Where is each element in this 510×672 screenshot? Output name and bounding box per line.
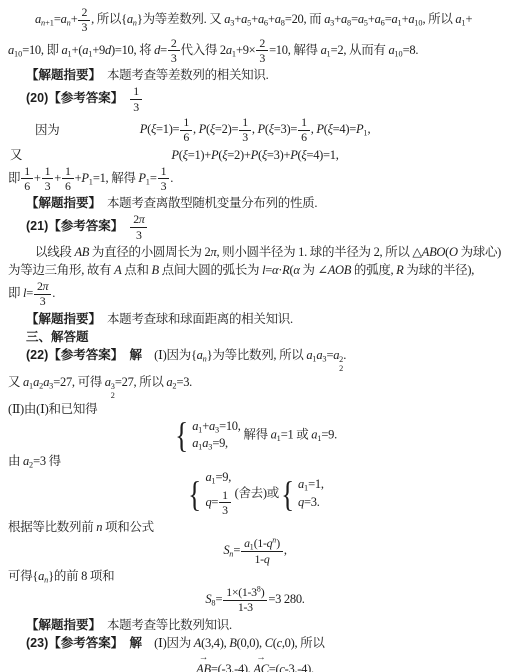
q21-solution-line-2: 为等边三角形, 故有 A 点和 B 点间大圆的弧长为 l=α·R(α 为 ∠AO… xyxy=(8,261,502,279)
q22-part2-intro: (Ⅱ)由(Ⅰ)和已知得 xyxy=(8,400,502,418)
q22-system-2: {a1=9,q=13 (舍去)或{a1=1,q=3. xyxy=(8,470,502,518)
q23-part1-intro: (23)【参考答案】 解 (Ⅰ)因为 A(3,4), B(0,0), C(c,0… xyxy=(8,634,502,652)
q21-answer: (21)【参考答案】 2π3 xyxy=(8,212,502,243)
q19-solution-line-1: an+1=an+23, 所以{an}为等差数列. 又 a3+a5+a6+a8=2… xyxy=(8,5,502,36)
q22-system-1: {a1+a3=10,a1a3=9, 解得 a1=1 或 a1=9. xyxy=(8,419,502,452)
q22-from-a2: 由 a2=3 得 xyxy=(8,452,502,470)
q22-s8-intro: 可得{an}的前 8 项和 xyxy=(8,567,502,585)
q20-because-line-label: 因为 xyxy=(35,121,59,139)
q22-sum-formula: Sn=a1(1-qn)1-q, xyxy=(8,536,502,567)
document-content: an+1=an+23, 所以{an}为等差数列. 又 a3+a5+a6+a8=2… xyxy=(8,5,502,672)
q20-also-line-formula: P(ξ=1)+P(ξ=2)+P(ξ=3)+P(ξ=4)=1, xyxy=(171,148,338,162)
q22-part1-line-1: (22)【参考答案】 解 (Ⅰ)因为{an}为等比数列, 所以 a1a3=a22… xyxy=(8,346,502,373)
q20-answer: (20)【参考答案】 13 xyxy=(8,84,502,115)
section-3-heading: 三、解答题 xyxy=(8,328,502,346)
q20-hint: 【解题指要】 本题考查离散型随机变量分布列的性质. xyxy=(8,194,502,212)
q21-hint: 【解题指要】 本题考查球和球面距离的相关知识. xyxy=(8,310,502,328)
q20-because-line-formula: P(ξ=1)=16, P(ξ=2)=13, P(ξ=3)=16, P(ξ=4)=… xyxy=(140,122,371,136)
q19-hint: 【解题指要】 本题考查等差数列的相关知识. xyxy=(8,66,502,84)
q22-hint: 【解题指要】 本题考查等比数列知识. xyxy=(8,616,502,634)
q20-also-line-label: 又 xyxy=(10,146,22,164)
q23-vectors: AB=(-3,-4), AC=(c-3,-4). xyxy=(8,652,502,672)
q22-part1-line-2: 又 a1a2a3=27, 可得 a32=27, 所以 a2=3. xyxy=(8,373,502,400)
q20-conclusion: 即16+13+16+P1=1, 解得 P1=13. xyxy=(8,164,502,195)
q19-solution-line-2: a10=10, 即 a1+(a1+9d)=10, 将 d=23代入得 2a1+9… xyxy=(8,36,502,67)
q21-solution-line-3: 即 l=2π3. xyxy=(8,279,502,310)
q21-solution-line-1: 以线段 AB 为直径的小圆周长为 2π, 则小圆半径为 1. 球的半径为 2, … xyxy=(8,243,502,261)
q20-also-line: 又P(ξ=1)+P(ξ=2)+P(ξ=3)+P(ξ=4)=1, xyxy=(8,146,502,164)
q20-because-line: 因为P(ξ=1)=16, P(ξ=2)=13, P(ξ=3)=16, P(ξ=4… xyxy=(8,115,502,146)
q22-sum-formula-intro: 根据等比数列前 n 项和公式 xyxy=(8,518,502,536)
document-page: an+1=an+23, 所以{an}为等差数列. 又 a3+a5+a6+a8=2… xyxy=(0,0,510,672)
q22-s8-result: S8=1×(1-38)1-3=3 280. xyxy=(8,585,502,616)
